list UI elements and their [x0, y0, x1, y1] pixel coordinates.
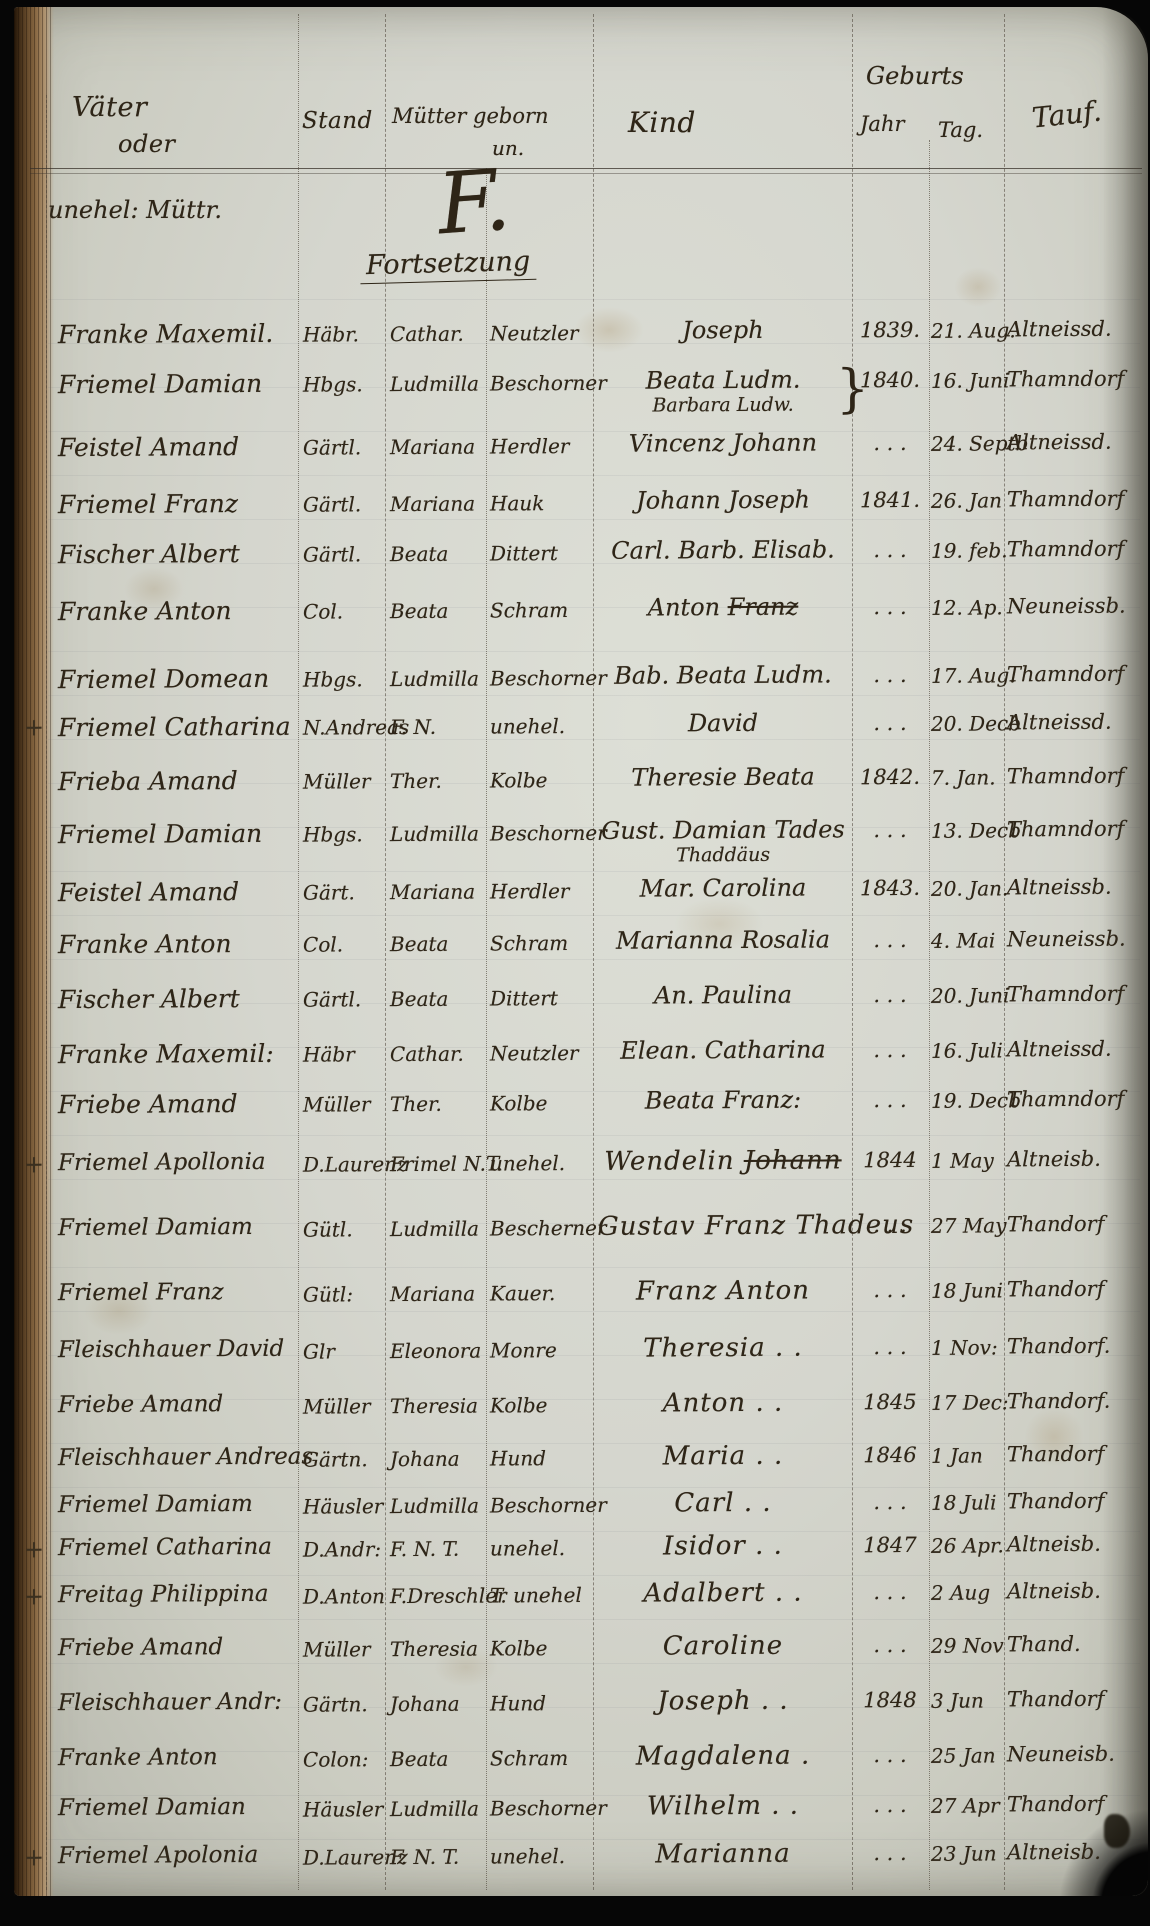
parent-status: Müller: [303, 1637, 383, 1661]
parent-status: D.Laurenz: [303, 1845, 383, 1869]
child-name: Gustav Franz Thadeus: [598, 1210, 848, 1242]
birth-day: 20. Jan.: [931, 876, 1003, 900]
register-row: Friebe AmandMüllerTheresiaKolbeAnton . .…: [0, 1381, 1150, 1432]
parent-name: Friemel Catharina: [58, 1534, 296, 1561]
register-row: Fischer AlbertGärtl.BeataDittertAn. Paul…: [0, 974, 1150, 1025]
mother-maiden-name: Kolbe: [490, 1393, 592, 1418]
register-row: Franke AntonCol.BeataSchramMarianna Rosa…: [0, 919, 1150, 970]
child-name: Johann Joseph: [598, 485, 848, 515]
mother-given-name: F. N.: [390, 715, 484, 740]
birth-year: 1844: [854, 1148, 926, 1172]
parent-status: Gärtl.: [303, 492, 383, 516]
baptism-place: Thamndorf: [1007, 1087, 1147, 1112]
parent-name: Friebe Amand: [58, 1391, 296, 1418]
register-row: Franke AntonColon:BeataSchramMagdalena .…: [0, 1734, 1150, 1785]
child-name: Wilhelm . .: [598, 1790, 848, 1822]
mother-given-name: Beata: [390, 932, 484, 957]
mother-maiden-name: Neutzler: [490, 1041, 592, 1066]
register-row: +Friemel CatharinaD.Andr:F. N. T.unehel.…: [0, 1524, 1150, 1575]
child-name: Mar. Carolina: [598, 873, 848, 903]
parent-name: Feistel Amand: [58, 877, 296, 907]
mother-maiden-name: Beschorner: [490, 1796, 592, 1821]
child-name: Carl . .: [598, 1487, 848, 1519]
parent-name: Franke Anton: [58, 1744, 296, 1771]
mother-maiden-name: Kauer.: [490, 1281, 592, 1306]
birth-day: 1 May: [931, 1148, 1003, 1172]
mother-maiden-name: Kolbe: [490, 768, 592, 793]
baptism-place: Thamndorf: [1007, 367, 1147, 392]
birth-day: 3 Jun: [931, 1688, 1003, 1712]
baptism-place: Thandorf: [1007, 1792, 1147, 1817]
parent-status: Hbgs.: [303, 667, 383, 691]
register-row: Feistel AmandGärtl.MarianaHerdlerVincenz…: [0, 422, 1150, 473]
mother-maiden-name: Beschorner: [490, 821, 592, 846]
mother-maiden-name: unehel.: [490, 714, 592, 739]
birth-day: 19. Decb: [931, 1088, 1003, 1112]
parent-name: Frieba Amand: [58, 766, 296, 796]
header-child: Kind: [628, 106, 696, 139]
child-name: Theresia . .: [598, 1332, 848, 1364]
illegitimate-mark: +: [24, 1150, 48, 1178]
birth-year: . . .: [854, 1633, 926, 1657]
parent-status: Gärtl.: [303, 435, 383, 459]
birth-year: . . .: [854, 595, 926, 619]
header-parents-note: unehel: Müttr.: [48, 196, 222, 224]
parent-name: Franke Maxemil.: [58, 319, 296, 349]
register-row: Frieba AmandMüllerTher.KolbeTheresie Bea…: [0, 756, 1150, 807]
birth-year: . . .: [854, 711, 926, 735]
parent-name: Friemel Franz: [58, 489, 296, 519]
birth-year: . . .: [854, 1038, 926, 1062]
mother-given-name: Cathar.: [390, 322, 484, 347]
parent-status: Col.: [303, 932, 383, 956]
mother-given-name: Beata: [390, 1747, 484, 1772]
header-parents-line2: oder: [118, 130, 176, 158]
parent-status: Col.: [303, 599, 383, 623]
struck-name: Franz: [728, 593, 799, 621]
child-name: Adalbert . .: [598, 1577, 848, 1609]
baptism-place: Thamndorf: [1007, 764, 1147, 789]
mother-given-name: Ludmilla: [390, 667, 484, 692]
birth-year: . . .: [854, 1743, 926, 1767]
baptism-place: Altneissb.: [1007, 875, 1147, 900]
mother-given-name: Cathar.: [390, 1042, 484, 1067]
mother-maiden-name: Kolbe: [490, 1636, 592, 1661]
mother-given-name: Theresia: [390, 1394, 484, 1419]
baptism-place: Thandorf: [1007, 1442, 1147, 1467]
birth-year: . . .: [854, 538, 926, 562]
mother-given-name: Johana: [390, 1447, 484, 1472]
baptism-place: Thamndorf: [1007, 487, 1147, 512]
mother-maiden-name: unehel.: [490, 1844, 592, 1869]
birth-day: 18 Juli: [931, 1490, 1003, 1514]
mother-maiden-name: Hauk: [490, 491, 592, 516]
child-name: Theresie Beata: [598, 762, 848, 792]
parent-name: Friemel Catharina: [58, 712, 296, 742]
mother-maiden-name: unehel.: [490, 1151, 592, 1176]
birth-day: 12. Ap.: [931, 595, 1003, 619]
birth-year: 1845: [854, 1390, 926, 1414]
header-stand: Stand: [302, 108, 373, 134]
birth-year: . . .: [854, 1088, 926, 1112]
baptism-place: Neuneissb.: [1007, 927, 1147, 952]
parent-status: Colon:: [303, 1747, 383, 1771]
birth-year: 1846: [854, 1443, 926, 1467]
parent-status: Häbr: [303, 1042, 383, 1066]
struck-name: Johann: [744, 1145, 842, 1176]
parent-name: Franke Anton: [58, 596, 296, 626]
birth-day: 2 Aug: [931, 1580, 1003, 1604]
register-row: Friemel DamianHäuslerLudmillaBeschornerW…: [0, 1784, 1150, 1835]
mother-given-name: Ludmilla: [390, 1797, 484, 1822]
mother-given-name: F.Dreschler: [390, 1584, 484, 1609]
register-row: Friebe AmandMüllerTheresiaKolbeCaroline.…: [0, 1624, 1150, 1675]
baptism-place: Altneissd.: [1007, 430, 1147, 455]
baptism-place: Thand.: [1007, 1632, 1147, 1657]
parent-status: Gütl:: [303, 1282, 383, 1306]
mother-given-name: Ludmilla: [390, 372, 484, 397]
mother-maiden-name: Schram: [490, 1746, 592, 1771]
parent-name: Friemel Damian: [58, 369, 296, 399]
birth-day: 18 Juni: [931, 1278, 1003, 1302]
mother-given-name: Ludmilla: [390, 1494, 484, 1519]
child-name: Joseph . .: [598, 1685, 848, 1717]
parent-name: Feistel Amand: [58, 432, 296, 462]
scanned-register-page: Väter oder unehel: Müttr. Stand Mütter g…: [0, 0, 1150, 1926]
register-row: +Friemel ApolloniaD.LaurenzFrimel N.T.un…: [0, 1139, 1150, 1190]
parent-name: Friemel Domean: [58, 664, 296, 694]
baptism-place: Thamndorf: [1007, 537, 1147, 562]
child-name-line2: Barbara Ludw.: [598, 393, 848, 417]
parent-status: Gärtn.: [303, 1692, 383, 1716]
register-row: Fleischhauer AndreasGärtn.JohanaHundMari…: [0, 1434, 1150, 1485]
register-row: Friemel DamiamGütl.LudmillaBeschernerGus…: [0, 1204, 1150, 1255]
baptism-place: Thandorf: [1007, 1489, 1147, 1514]
birth-day: 25 Jan: [931, 1743, 1003, 1767]
birth-day: 27 Apr: [931, 1793, 1003, 1817]
parent-name: Freitag Philippina: [58, 1581, 296, 1608]
header-birth-day: Tag.: [938, 118, 983, 142]
baptism-place: Thandorf.: [1007, 1389, 1147, 1414]
parent-status: Gärtl.: [303, 542, 383, 566]
register-row: Fleischhauer Andr:Gärtn.JohanaHundJoseph…: [0, 1679, 1150, 1730]
parent-name: Friemel Damian: [58, 819, 296, 849]
birth-year: 1840.: [854, 368, 926, 392]
parent-name: Fleischhauer Andreas: [58, 1444, 296, 1471]
parent-name: Friebe Amand: [58, 1634, 296, 1661]
birth-year: 1841.: [854, 488, 926, 512]
baptism-place: Altneissd.: [1007, 710, 1147, 735]
child-name: David: [598, 708, 848, 738]
birth-year: . . .: [854, 1793, 926, 1817]
birth-year: . . .: [854, 818, 926, 842]
mother-given-name: Ludmilla: [390, 1217, 484, 1242]
mother-maiden-name: Beschorner: [490, 666, 592, 691]
parent-status: D.Andr:: [303, 1537, 383, 1561]
baptism-place: Thamndorf: [1007, 817, 1147, 842]
register-row: Friemel DomeanHbgs.LudmillaBeschornerBab…: [0, 654, 1150, 705]
mother-given-name: Theresia: [390, 1637, 484, 1662]
birth-day: 23 Jun: [931, 1841, 1003, 1865]
parent-name: Friemel Franz: [58, 1279, 296, 1306]
birth-day: 24. Septb: [931, 431, 1003, 455]
parent-name: Friemel Apolonia: [58, 1842, 296, 1869]
birth-day: 1 Jan: [931, 1443, 1003, 1467]
birth-year: . . .: [854, 928, 926, 952]
mother-given-name: Mariana: [390, 880, 484, 905]
mother-maiden-name: Hund: [490, 1691, 592, 1716]
baptism-place: Thandorf: [1007, 1212, 1147, 1237]
register-row: Fischer AlbertGärtl.BeataDittertCarl. Ba…: [0, 529, 1150, 580]
birth-year: . . .: [854, 1841, 926, 1865]
birth-day: 16. Juli: [931, 1038, 1003, 1062]
header-rule: [30, 173, 1142, 174]
parent-status: Hbgs.: [303, 372, 383, 396]
header-parents-line1: Väter: [72, 92, 147, 123]
parent-name: Fischer Albert: [58, 984, 296, 1014]
baptism-place: Neuneisb.: [1007, 1742, 1147, 1767]
parent-status: Müller: [303, 1394, 383, 1418]
mother-given-name: Mariana: [390, 435, 484, 460]
birth-year: . . .: [854, 1490, 926, 1514]
mother-maiden-name: Dittert: [490, 541, 592, 566]
header-mother-line1: Mütter geborn: [392, 104, 549, 128]
child-name: Maria . .: [598, 1440, 848, 1472]
register-row: Friebe AmandMüllerTher.KolbeBeata Franz:…: [0, 1079, 1150, 1130]
parent-status: Gärt.: [303, 880, 383, 904]
mother-maiden-name: Kolbe: [490, 1091, 592, 1116]
baptism-place: Altneisb.: [1007, 1579, 1147, 1604]
mother-given-name: Eleonora: [390, 1339, 484, 1364]
birth-year: 1842.: [854, 765, 926, 789]
mother-given-name: Frimel N.T.: [390, 1152, 484, 1177]
parent-status: Müller: [303, 1092, 383, 1116]
parent-name: Fischer Albert: [58, 539, 296, 569]
header-rule: [30, 168, 1142, 169]
birth-day: 19. feb.: [931, 538, 1003, 562]
parent-status: Häusler: [303, 1494, 383, 1518]
birth-year: . . .: [854, 1278, 926, 1302]
mother-maiden-name: Beschorner: [490, 371, 592, 396]
parent-status: D.Laurenz: [303, 1152, 383, 1176]
birth-day: 26 Apr.: [931, 1533, 1003, 1557]
register-row: +Friemel CatharinaN.AndreasF. N.unehel.D…: [0, 702, 1150, 753]
register-row: Friemel DamianHbgs.LudmillaBeschornerBea…: [0, 359, 1150, 410]
child-name: Joseph: [598, 315, 848, 345]
birth-day: 16. Juni: [931, 368, 1003, 392]
birth-day: 17 Dec:: [931, 1390, 1003, 1414]
parent-status: N.Andreas: [303, 715, 383, 739]
parent-status: Müller: [303, 769, 383, 793]
register-row: Feistel AmandGärt.MarianaHerdlerMar. Car…: [0, 867, 1150, 918]
parent-status: Gärtn.: [303, 1447, 383, 1471]
baptism-place: Altneissd.: [1007, 1037, 1147, 1062]
child-name: Vincenz Johann: [598, 428, 848, 458]
child-name: Bab. Beata Ludm.: [598, 660, 848, 690]
child-name: Beata Ludm.: [598, 365, 848, 395]
child-name: An. Paulina: [598, 980, 848, 1010]
child-name: Anton Franz: [598, 592, 848, 622]
birth-year: 1848: [854, 1688, 926, 1712]
mother-maiden-name: Herdler: [490, 879, 592, 904]
mother-maiden-name: Hund: [490, 1446, 592, 1471]
mother-maiden-name: unehel.: [490, 1536, 592, 1561]
birth-day: 13. Decb: [931, 818, 1003, 842]
mother-given-name: Mariana: [390, 1282, 484, 1307]
section-title: Fortsetzung: [360, 246, 537, 285]
illegitimate-mark: +: [24, 1843, 48, 1871]
parent-status: Häusler: [303, 1797, 383, 1821]
header-birth: Geburts: [866, 62, 964, 90]
parent-name: Friemel Apollonia: [58, 1149, 296, 1176]
register-row: Franke Maxemil.Häbr.Cathar.NeutzlerJosep…: [0, 309, 1150, 360]
birth-year: . . .: [854, 1213, 926, 1237]
register-row: +Friemel ApoloniaD.LaurenzF. N. T.unehel…: [0, 1832, 1150, 1883]
parent-name: Friebe Amand: [58, 1089, 296, 1119]
register-row: Friemel DamianHbgs.LudmillaBeschornerGus…: [0, 809, 1150, 860]
birth-year: . . .: [854, 983, 926, 1007]
child-name: Beata Franz:: [598, 1085, 848, 1115]
birth-year: . . .: [854, 431, 926, 455]
baptism-place: Thamndorf: [1007, 982, 1147, 1007]
parent-name: Fleischhauer David: [58, 1336, 296, 1363]
mother-given-name: Johana: [390, 1692, 484, 1717]
child-name: Wendelin Johann: [598, 1145, 848, 1177]
child-name: Caroline: [598, 1630, 848, 1662]
birth-year: 1839.: [854, 318, 926, 342]
baptism-place: Thandorf: [1007, 1277, 1147, 1302]
child-name: Isidor . .: [598, 1530, 848, 1562]
illegitimate-mark: +: [24, 1582, 48, 1610]
birth-day: 7. Jan.: [931, 765, 1003, 789]
baptism-place: Altneisb.: [1007, 1147, 1147, 1172]
illegitimate-mark: +: [24, 713, 48, 741]
parent-status: Gärtl.: [303, 987, 383, 1011]
register-row: Friemel FranzGärtl.MarianaHaukJohann Jos…: [0, 479, 1150, 530]
child-name: Elean. Catharina: [598, 1035, 848, 1065]
parent-status: Glr: [303, 1339, 383, 1363]
baptism-place: Thandorf: [1007, 1687, 1147, 1712]
child-name: Marianna Rosalia: [598, 925, 848, 955]
birth-year: . . .: [854, 1580, 926, 1604]
birth-day: 20. Decb: [931, 711, 1003, 735]
birth-day: 20. Juni: [931, 983, 1003, 1007]
header-birth-year: Jahr: [860, 112, 905, 136]
baptism-place: Altneisb.: [1007, 1840, 1147, 1865]
parent-name: Friemel Damiam: [58, 1491, 296, 1518]
mother-given-name: Ther.: [390, 769, 484, 794]
register-row: +Freitag PhilippinaD.AntonF.DreschlerT. …: [0, 1571, 1150, 1622]
birth-day: 29 Nov: [931, 1633, 1003, 1657]
mother-given-name: Mariana: [390, 492, 484, 517]
register-row: Friemel FranzGütl:MarianaKauer.Franz Ant…: [0, 1269, 1150, 1320]
mother-maiden-name: Schram: [490, 931, 592, 956]
parent-name: Franke Anton: [58, 929, 296, 959]
parent-name: Fleischhauer Andr:: [58, 1689, 296, 1716]
mother-given-name: Beata: [390, 599, 484, 624]
birth-year: . . .: [854, 1335, 926, 1359]
register-row: Fleischhauer DavidGlrEleonoraMonreTheres…: [0, 1326, 1150, 1377]
child-name: Magdalena .: [598, 1740, 848, 1772]
parent-name: Friemel Damiam: [58, 1214, 296, 1241]
baptism-place: Thandorf.: [1007, 1334, 1147, 1359]
section-letter: F.: [435, 158, 513, 247]
mother-maiden-name: T. unehel: [490, 1583, 592, 1608]
parent-status: Häbr.: [303, 322, 383, 346]
mother-given-name: Ludmilla: [390, 822, 484, 847]
child-name: Anton . .: [598, 1387, 848, 1419]
register-row: Franke Maxemil:HäbrCathar.NeutzlerElean.…: [0, 1029, 1150, 1080]
parent-name: Friemel Damian: [58, 1794, 296, 1821]
mother-given-name: Beata: [390, 542, 484, 567]
baptism-place: Thamndorf: [1007, 662, 1147, 687]
baptism-place: Neuneissb.: [1007, 594, 1147, 619]
parent-status: Hbgs.: [303, 822, 383, 846]
mother-maiden-name: Monre: [490, 1338, 592, 1363]
mother-given-name: F. N. T.: [390, 1845, 484, 1870]
mother-maiden-name: Dittert: [490, 986, 592, 1011]
child-name: Marianna: [598, 1838, 848, 1870]
baptism-place: Altneisb.: [1007, 1532, 1147, 1557]
mother-given-name: Ther.: [390, 1092, 484, 1117]
mother-maiden-name: Beschorner: [490, 1493, 592, 1518]
baptism-place: Altneissd.: [1007, 317, 1147, 342]
mother-given-name: F. N. T.: [390, 1537, 484, 1562]
birth-year: 1843.: [854, 876, 926, 900]
birth-day: 4. Mai: [931, 928, 1003, 952]
register-row: Franke AntonCol.BeataSchramAnton Franz. …: [0, 586, 1150, 637]
child-name-line2: Thaddäus: [598, 843, 848, 867]
mother-maiden-name: Schram: [490, 598, 592, 623]
birth-year: 1847: [854, 1533, 926, 1557]
birth-day: 17. Aug.: [931, 663, 1003, 687]
parent-status: Gütl.: [303, 1217, 383, 1241]
birth-day: 21. Aug.: [931, 318, 1003, 342]
birth-day: 1 Nov:: [931, 1335, 1003, 1359]
parent-status: D.Anton: [303, 1584, 383, 1608]
mother-maiden-name: Neutzler: [490, 321, 592, 346]
child-name: Gust. Damian Tades: [598, 815, 848, 845]
mother-given-name: Beata: [390, 987, 484, 1012]
birth-day: 26. Jan: [931, 488, 1003, 512]
parent-name: Franke Maxemil:: [58, 1039, 296, 1069]
birth-day: 27 May: [931, 1213, 1003, 1237]
mother-maiden-name: Bescherner: [490, 1216, 592, 1241]
mother-maiden-name: Herdler: [490, 434, 592, 459]
illegitimate-mark: +: [24, 1535, 48, 1563]
child-name: Carl. Barb. Elisab.: [598, 535, 848, 565]
child-name: Franz Anton: [598, 1275, 848, 1307]
birth-year: . . .: [854, 663, 926, 687]
